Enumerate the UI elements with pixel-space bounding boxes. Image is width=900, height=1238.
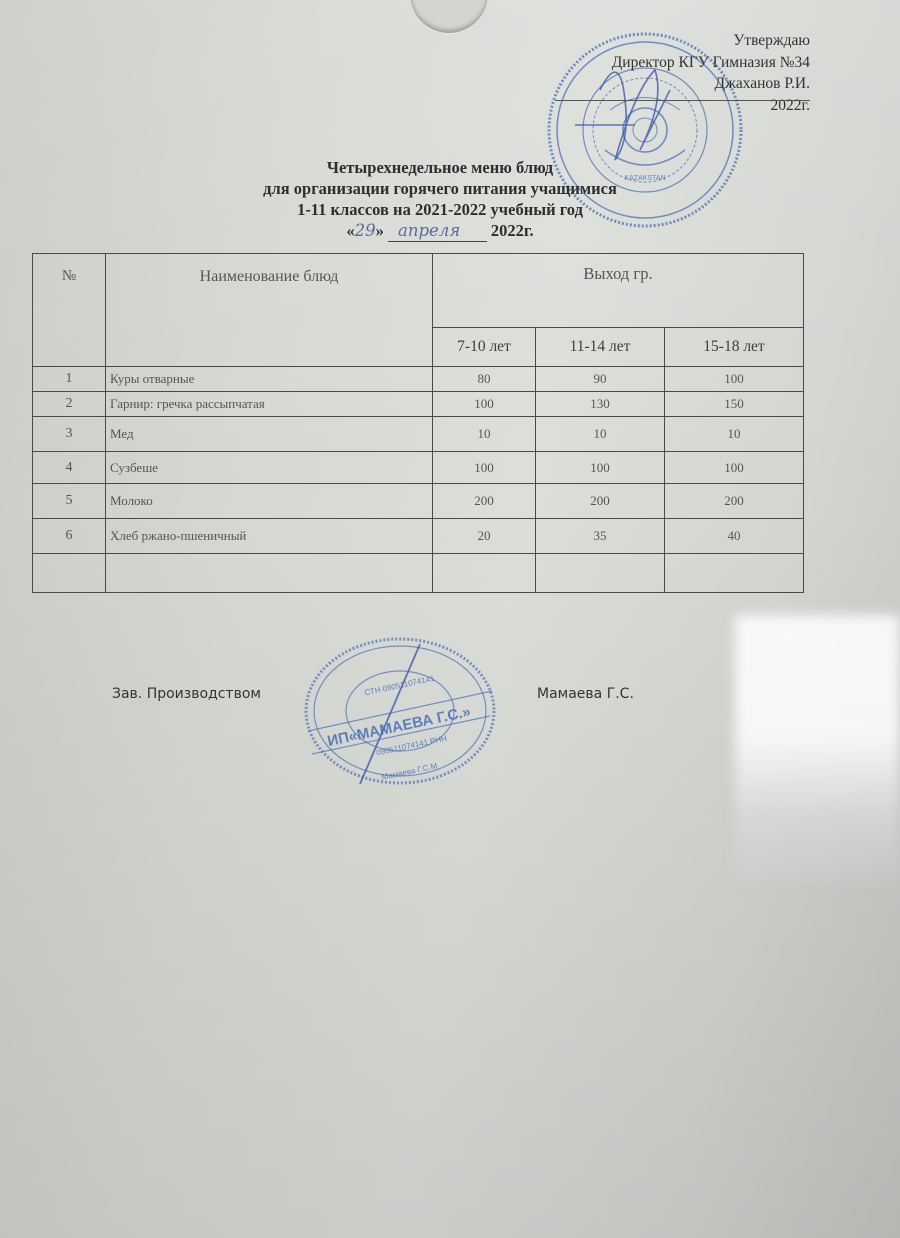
dish-name: Хлеб ржано-пшеничный	[106, 519, 433, 554]
header-number: №	[33, 254, 106, 367]
quote-open: «	[346, 221, 354, 240]
dish-name: Гарнир: гречка рассыпчатая	[106, 392, 433, 417]
svg-text:СТН 090511074141: СТН 090511074141	[364, 674, 436, 698]
row-number: 5	[33, 484, 106, 519]
table-row: 5 Молоко 200 200 200	[33, 484, 804, 519]
date-year: 2022г.	[491, 221, 534, 240]
table-row: 2 Гарнир: гречка рассыпчатая 100 130 150	[33, 392, 804, 417]
date-day: 29	[355, 221, 376, 240]
approval-block: Утверждаю Директор КГУ Гимназия №34 Джах…	[612, 30, 810, 116]
empty-cell	[106, 554, 433, 593]
date-month-field: апреля	[388, 220, 487, 242]
value-7-10: 200	[433, 484, 536, 519]
value-15-18: 40	[665, 519, 804, 554]
title-line-1: Четырехнедельное меню блюд	[150, 157, 730, 178]
header-dish-name: Наименование блюд	[106, 254, 433, 367]
menu-table: № Наименование блюд Выход гр. 7-10 лет 1…	[32, 253, 804, 593]
value-11-14: 200	[536, 484, 665, 519]
date-month: апреля	[398, 221, 460, 240]
header-age-15-18: 15-18 лет	[665, 327, 804, 366]
footer-position: Зав. Производством	[112, 686, 261, 702]
approval-heading: Утверждаю	[612, 30, 810, 52]
row-number: 4	[33, 452, 106, 484]
table-row: 6 Хлеб ржано-пшеничный 20 35 40	[33, 519, 804, 554]
signature-line	[555, 100, 810, 101]
producer-seal-stamp: СТН 090511074141 ИП«МАМАЕВА Г.С.» 090511…	[300, 636, 500, 786]
value-15-18: 150	[665, 392, 804, 417]
table-row-empty	[33, 554, 804, 593]
empty-cell	[433, 554, 536, 593]
row-number: 6	[33, 519, 106, 554]
row-number: 2	[33, 392, 106, 417]
header-age-7-10: 7-10 лет	[433, 327, 536, 366]
value-7-10: 10	[433, 417, 536, 452]
header-age-11-14: 11-14 лет	[536, 327, 665, 366]
window-reflection-glare	[735, 615, 900, 885]
approval-year: 2022г.	[612, 95, 810, 117]
header-output: Выход гр.	[433, 254, 804, 328]
value-7-10: 80	[433, 367, 536, 392]
value-11-14: 35	[536, 519, 665, 554]
quote-close: »	[376, 221, 384, 240]
document-title: Четырехнедельное меню блюд для организац…	[150, 157, 730, 242]
empty-cell	[536, 554, 665, 593]
empty-cell	[33, 554, 106, 593]
value-15-18: 10	[665, 417, 804, 452]
table-row: 1 Куры отварные 80 90 100	[33, 367, 804, 392]
value-11-14: 10	[536, 417, 665, 452]
dish-name: Молоко	[106, 484, 433, 519]
row-number: 3	[33, 417, 106, 452]
empty-cell	[665, 554, 804, 593]
dish-name: Мед	[106, 417, 433, 452]
footer-name: Мамаева Г.С.	[537, 686, 634, 702]
value-15-18: 100	[665, 367, 804, 392]
table-header-row: № Наименование блюд Выход гр.	[33, 254, 804, 328]
value-11-14: 100	[536, 452, 665, 484]
value-7-10: 100	[433, 452, 536, 484]
value-11-14: 90	[536, 367, 665, 392]
approval-signatory: Джаханов Р.И.	[612, 73, 810, 95]
title-line-3: 1-11 классов на 2021-2022 учебный год	[150, 199, 730, 220]
row-number: 1	[33, 367, 106, 392]
table-row: 4 Сузбеше 100 100 100	[33, 452, 804, 484]
document-date: «29» апреля 2022г.	[150, 220, 730, 242]
dish-name: Куры отварные	[106, 367, 433, 392]
approval-position: Директор КГУ Гимназия №34	[612, 52, 810, 74]
table-row: 3 Мед 10 10 10	[33, 417, 804, 452]
dish-name: Сузбеше	[106, 452, 433, 484]
value-7-10: 20	[433, 519, 536, 554]
value-15-18: 100	[665, 452, 804, 484]
value-15-18: 200	[665, 484, 804, 519]
value-7-10: 100	[433, 392, 536, 417]
value-11-14: 130	[536, 392, 665, 417]
title-line-2: для организации горячего питания учащими…	[150, 178, 730, 199]
